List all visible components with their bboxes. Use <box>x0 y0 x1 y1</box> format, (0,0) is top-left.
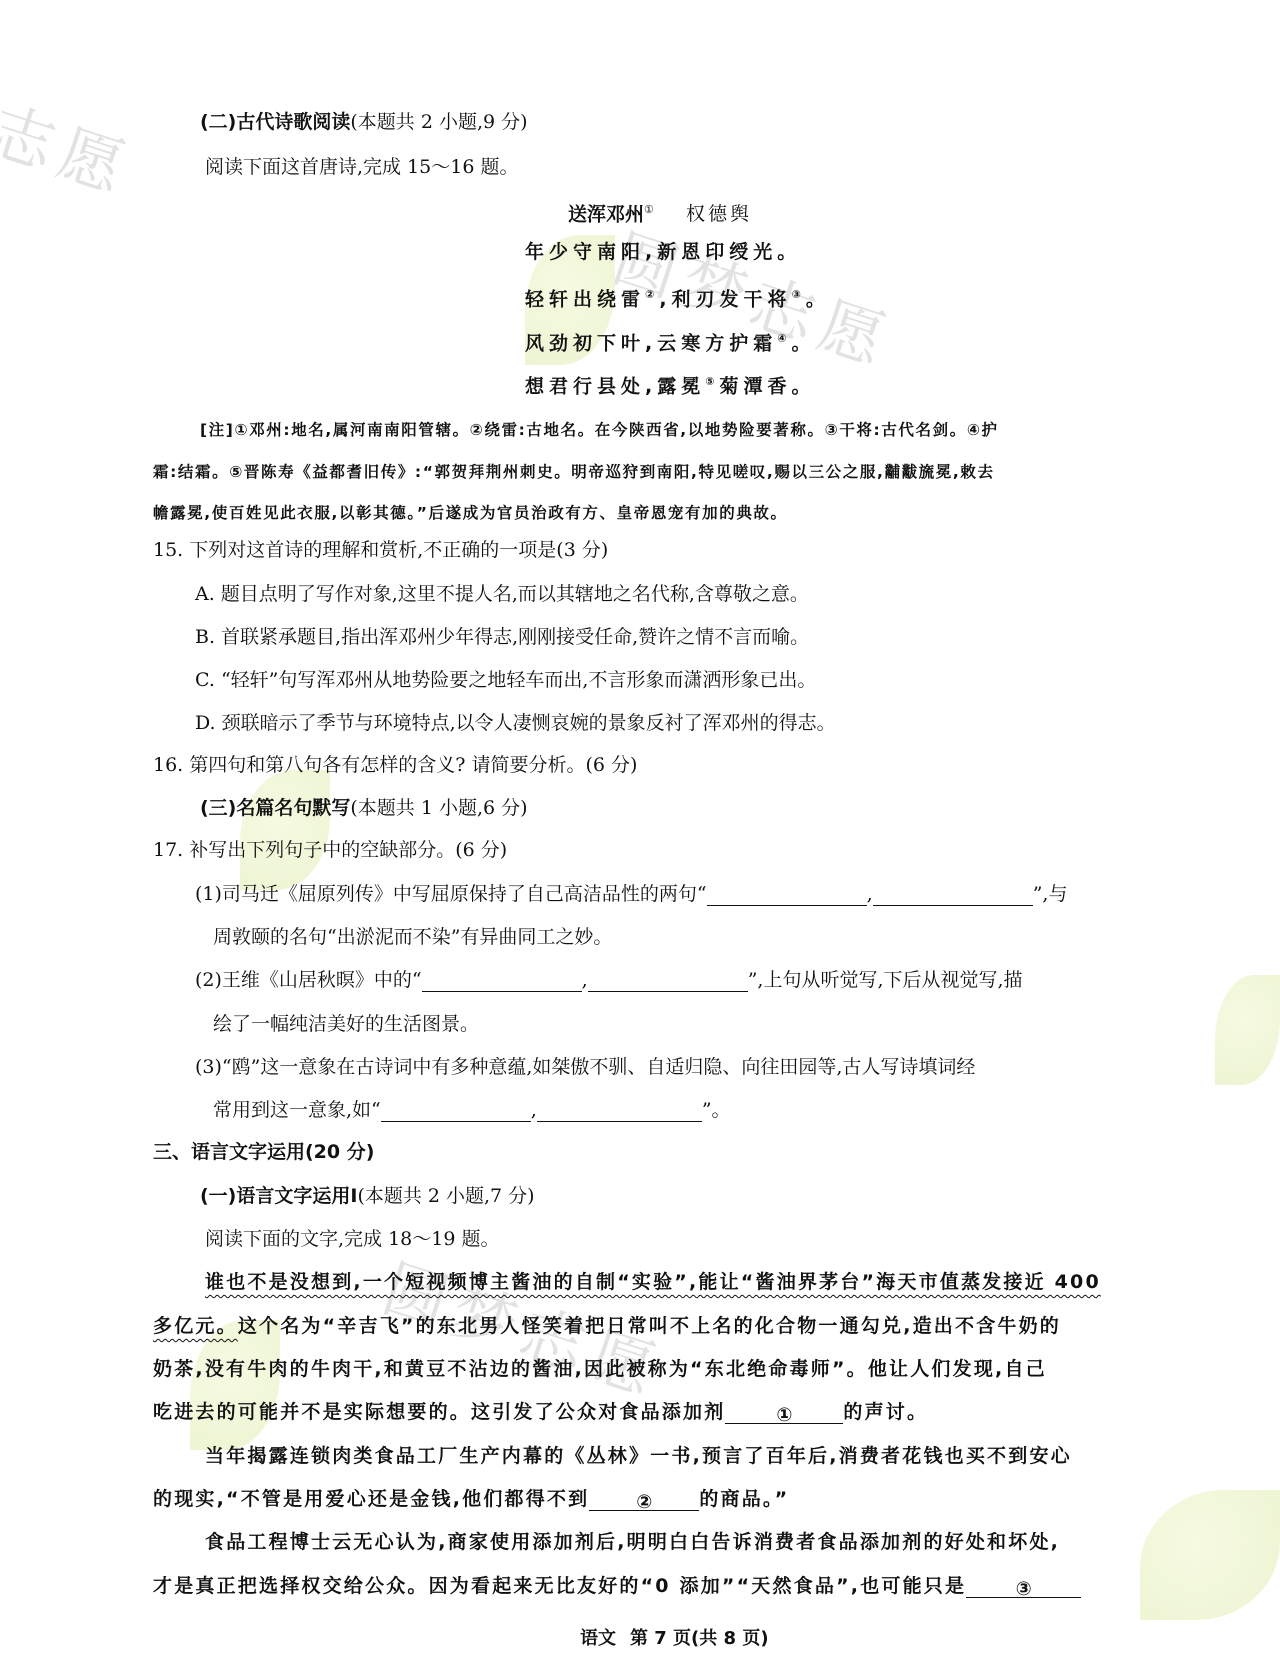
poem-line: 轻轩出绕雷②,利刃发干将③。 <box>525 283 830 311</box>
question-17-item-1-cont: 周敦颐的名句“出淤泥而不染”有异曲同工之妙。 <box>213 925 612 949</box>
section-heading: (一)语言文字运用Ⅰ(本题共 2 小题,7 分) <box>200 1184 535 1208</box>
poem-note: 霜:结霜。⑤晋陈寿《益都耆旧传》:“郭贺拜荆州刺史。明帝巡狩到南阳,特见嗟叹,赐… <box>153 460 995 484</box>
answer-blank[interactable] <box>381 1101 531 1122</box>
question-17-item-2-cont: 绘了一幅纯洁美好的生活图景。 <box>213 1012 479 1036</box>
question-17-item-2: (2)王维《山居秋暝》中的“,”,上句从听觉写,下后从视觉写,描 <box>195 968 1023 992</box>
question-16-stem: 16. 第四句和第八句各有怎样的含义? 请简要分析。(6 分) <box>153 753 637 777</box>
answer-blank[interactable] <box>707 885 867 906</box>
passage-line: 奶茶,没有牛肉的牛肉干,和黄豆不沾边的酱油,因此被称为“东北绝命毒师”。他让人们… <box>153 1357 1047 1381</box>
page-footer: 语文第 7 页(共 8 页) <box>580 1627 769 1651</box>
passage-line: 谁也不是没想到,一个短视频博主酱油的自制“实验”,能让“酱油界茅台”海天市值蒸发… <box>205 1270 1101 1294</box>
passage-line: 多亿元。这个名为“辛吉飞”的东北男人怪笑着把日常叫不上名的化合物一通勾兑,造出不… <box>153 1314 1061 1338</box>
option-c: C. “轻轩”句写浑邓州从地势险要之地轻车而出,不言形象而潇洒形象已出。 <box>195 668 816 692</box>
part-heading: 三、语言文字运用(20 分) <box>153 1140 374 1164</box>
question-17-item-3: (3)“鸥”这一意象在古诗词中有多种意蕴,如桀傲不驯、自适归隐、向往田园等,古人… <box>195 1055 975 1079</box>
question-17-stem: 17. 补写出下列句子中的空缺部分。(6 分) <box>153 838 507 862</box>
passage-line: 的现实,“不管是用爱心还是金钱,他们都得不到②的商品。” <box>153 1487 789 1511</box>
passage-line: 当年揭露连锁肉类食品工厂生产内幕的《丛林》一书,预言了百年后,消费者花钱也买不到… <box>205 1444 1072 1468</box>
instruction: 阅读下面的文字,完成 18～19 题。 <box>205 1227 499 1251</box>
answer-blank[interactable] <box>588 971 748 992</box>
section-heading: (三)名篇名句默写(本题共 1 小题,6 分) <box>200 796 528 820</box>
passage-line: 食品工程博士云无心认为,商家使用添加剂后,明明白白告诉消费者食品添加剂的好处和坏… <box>205 1530 1060 1554</box>
answer-blank[interactable] <box>537 1101 702 1122</box>
answer-blank-1[interactable]: ① <box>725 1403 843 1424</box>
option-a: A. 题目点明了写作对象,这里不提人名,而以其辖地之名代称,含尊敬之意。 <box>195 582 809 606</box>
poem-note: 幨露冕,使百姓见此衣服,以彰其德。”后遂成为官员治政有方、皇帝恩宠有加的典故。 <box>153 501 788 525</box>
poem-line: 想君行县处,露冕⑤菊潭香。 <box>525 370 816 398</box>
passage-line: 吃进去的可能并不是实际想要的。这引发了公众对食品添加剂①的声讨。 <box>153 1400 928 1424</box>
answer-blank-2[interactable]: ② <box>589 1490 699 1511</box>
poem-title: 送浑邓州① 权德舆 <box>568 198 752 226</box>
exam-page: (二)古代诗歌阅读(本题共 2 小题,9 分) 阅读下面这首唐诗,完成 15～1… <box>0 0 1280 1661</box>
option-d: D. 颈联暗示了季节与环境特点,以令人凄恻哀婉的景象反衬了浑邓州的得志。 <box>195 711 836 735</box>
poem-note: [注]①邓州:地名,属河南南阳管辖。②绕雷:古地名。在今陕西省,以地势险要著称。… <box>200 418 999 442</box>
question-15-stem: 15. 下列对这首诗的理解和赏析,不正确的一项是(3 分) <box>153 538 608 562</box>
answer-blank[interactable] <box>422 971 582 992</box>
section-heading: (二)古代诗歌阅读(本题共 2 小题,9 分) <box>200 110 528 134</box>
option-b: B. 首联紧承题目,指出浑邓州少年得志,刚刚接受任命,赞许之情不言而喻。 <box>195 625 809 649</box>
poem-line: 风劲初下叶,云寒方护霜④。 <box>525 327 816 355</box>
instruction: 阅读下面这首唐诗,完成 15～16 题。 <box>205 155 518 179</box>
answer-blank[interactable] <box>873 885 1033 906</box>
passage-line: 才是真正把选择权交给公众。因为看起来无比友好的“0 添加”“天然食品”,也可能只… <box>153 1574 1081 1598</box>
question-17-item-3-cont: 常用到这一意象,如“,”。 <box>213 1098 731 1122</box>
poem-line: 年少守南阳,新恩印绶光。 <box>525 240 801 264</box>
poem-author: 权德舆 <box>686 203 752 225</box>
question-17-item-1: (1)司马迁《屈原列传》中写屈原保持了自己高洁品性的两句“,”,与 <box>195 882 1067 906</box>
answer-blank-3[interactable]: ③ <box>966 1577 1081 1598</box>
